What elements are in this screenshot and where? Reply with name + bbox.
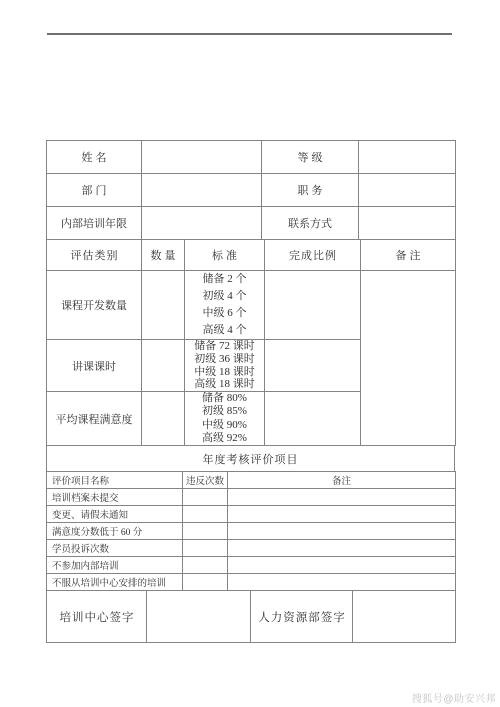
violation-row-disobey: 不服从培训中心安排的培训	[47, 574, 456, 591]
hr-signature-label: 人力资源部签字	[251, 591, 353, 643]
basic-info-table: 姓名 等级 部门 职务 内部培训年限 联系方式	[46, 140, 456, 240]
training-center-signature-label: 培训中心签字	[47, 591, 147, 643]
annual-assessment-title-table: 年度考核评价项目	[46, 445, 455, 472]
evaluation-table: 评估类别 数量 标准 完成比例 备注 课程开发数量 储备 2 个 初级 4 个 …	[46, 239, 456, 446]
table-row: 部门 职务	[47, 174, 456, 207]
table-row: 培训中心签字 人力资源部签字	[47, 591, 456, 643]
contact-value-cell	[359, 207, 456, 240]
violation-row-absence: 不参加内部培训	[47, 557, 456, 574]
violation-count-cell	[183, 557, 228, 574]
violation-remark-cell	[228, 489, 456, 506]
signature-table: 培训中心签字 人力资源部签字	[46, 590, 456, 643]
contact-label: 联系方式	[262, 207, 359, 240]
violation-count-cell	[183, 574, 228, 591]
quantity-header: 数量	[142, 240, 185, 271]
violation-count-header: 违反次数	[183, 472, 228, 489]
standard-line: 高级 92%	[185, 432, 264, 445]
violation-table: 评价项目名称 违反次数 备注 培训档案未提交 变更、请假未通知 满意度分数低于 …	[46, 471, 456, 591]
lecture-hours-quantity-cell	[142, 340, 185, 392]
violation-row-archive: 培训档案未提交	[47, 489, 456, 506]
violation-row-complaint: 学员投诉次数	[47, 540, 456, 557]
name-value-cell	[142, 141, 262, 174]
course-development-quantity-cell	[142, 271, 185, 340]
name-label: 姓名	[47, 141, 142, 174]
violation-remark-cell	[228, 523, 456, 540]
standard-line: 中级 90%	[185, 419, 264, 432]
standard-line: 高级 4 个	[185, 322, 264, 339]
hr-signature-cell	[353, 591, 456, 643]
violation-name-header: 评价项目名称	[47, 472, 183, 489]
evaluation-remark-cell	[361, 271, 456, 446]
standard-line: 储备 2 个	[185, 271, 264, 288]
violation-remark-cell	[228, 557, 456, 574]
table-row: 姓名 等级	[47, 141, 456, 174]
standard-line: 高级 18 课时	[185, 378, 264, 391]
course-development-label: 课程开发数量	[47, 271, 142, 340]
course-development-completion-cell	[265, 271, 361, 340]
category-header: 评估类别	[47, 240, 142, 271]
violation-count-cell	[183, 489, 228, 506]
standard-line: 储备 72 课时	[185, 340, 264, 353]
top-divider-rule	[47, 33, 452, 35]
grade-label: 等级	[262, 141, 359, 174]
department-label: 部门	[47, 174, 142, 207]
lecture-hours-label: 讲课课时	[47, 340, 142, 392]
satisfaction-label: 平均课程满意度	[47, 392, 142, 446]
training-years-label: 内部培训年限	[47, 207, 142, 240]
standard-line: 初级 36 课时	[185, 353, 264, 366]
watermark-text: 搜狐号@助安兴邦	[412, 690, 496, 705]
standard-line: 初级 4 个	[185, 288, 264, 305]
position-value-cell	[359, 174, 456, 207]
annual-assessment-title: 年度考核评价项目	[47, 446, 455, 472]
position-label: 职务	[262, 174, 359, 207]
violation-remark-cell	[228, 540, 456, 557]
table-row: 内部培训年限 联系方式	[47, 207, 456, 240]
violation-name: 培训档案未提交	[47, 489, 183, 506]
violation-remark-cell	[228, 506, 456, 523]
training-center-signature-cell	[147, 591, 251, 643]
violation-count-cell	[183, 523, 228, 540]
course-development-row: 课程开发数量 储备 2 个 初级 4 个 中级 6 个 高级 4 个	[47, 271, 456, 340]
violation-count-cell	[183, 540, 228, 557]
table-row: 年度考核评价项目	[47, 446, 455, 472]
standard-line: 中级 18 课时	[185, 366, 264, 379]
violation-count-cell	[183, 506, 228, 523]
lecture-hours-standards: 储备 72 课时 初级 36 课时 中级 18 课时 高级 18 课时	[185, 340, 265, 392]
training-years-value-cell	[142, 207, 262, 240]
violation-name: 满意度分数低于 60 分	[47, 523, 183, 540]
violation-row-score: 满意度分数低于 60 分	[47, 523, 456, 540]
department-value-cell	[142, 174, 262, 207]
violation-remark-header: 备注	[228, 472, 456, 489]
lecture-hours-completion-cell	[265, 340, 361, 392]
remark-header: 备注	[361, 240, 456, 271]
violation-header-row: 评价项目名称 违反次数 备注	[47, 472, 456, 489]
satisfaction-quantity-cell	[142, 392, 185, 446]
standard-line: 中级 6 个	[185, 305, 264, 322]
grade-value-cell	[359, 141, 456, 174]
satisfaction-completion-cell	[265, 392, 361, 446]
violation-name: 变更、请假未通知	[47, 506, 183, 523]
standard-header: 标准	[185, 240, 265, 271]
satisfaction-standards: 储备 80% 初级 85% 中级 90% 高级 92%	[185, 392, 265, 446]
violation-remark-cell	[228, 574, 456, 591]
violation-row-notice: 变更、请假未通知	[47, 506, 456, 523]
course-development-standards: 储备 2 个 初级 4 个 中级 6 个 高级 4 个	[185, 271, 265, 340]
violation-name: 不服从培训中心安排的培训	[47, 574, 183, 591]
training-evaluation-form: 姓名 等级 部门 职务 内部培训年限 联系方式 评估类别 数量 标准 完成比例 …	[46, 140, 455, 643]
evaluation-header-row: 评估类别 数量 标准 完成比例 备注	[47, 240, 456, 271]
violation-name: 不参加内部培训	[47, 557, 183, 574]
violation-name: 学员投诉次数	[47, 540, 183, 557]
completion-header: 完成比例	[265, 240, 361, 271]
standard-line: 初级 85%	[185, 405, 264, 418]
standard-line: 储备 80%	[185, 392, 264, 405]
